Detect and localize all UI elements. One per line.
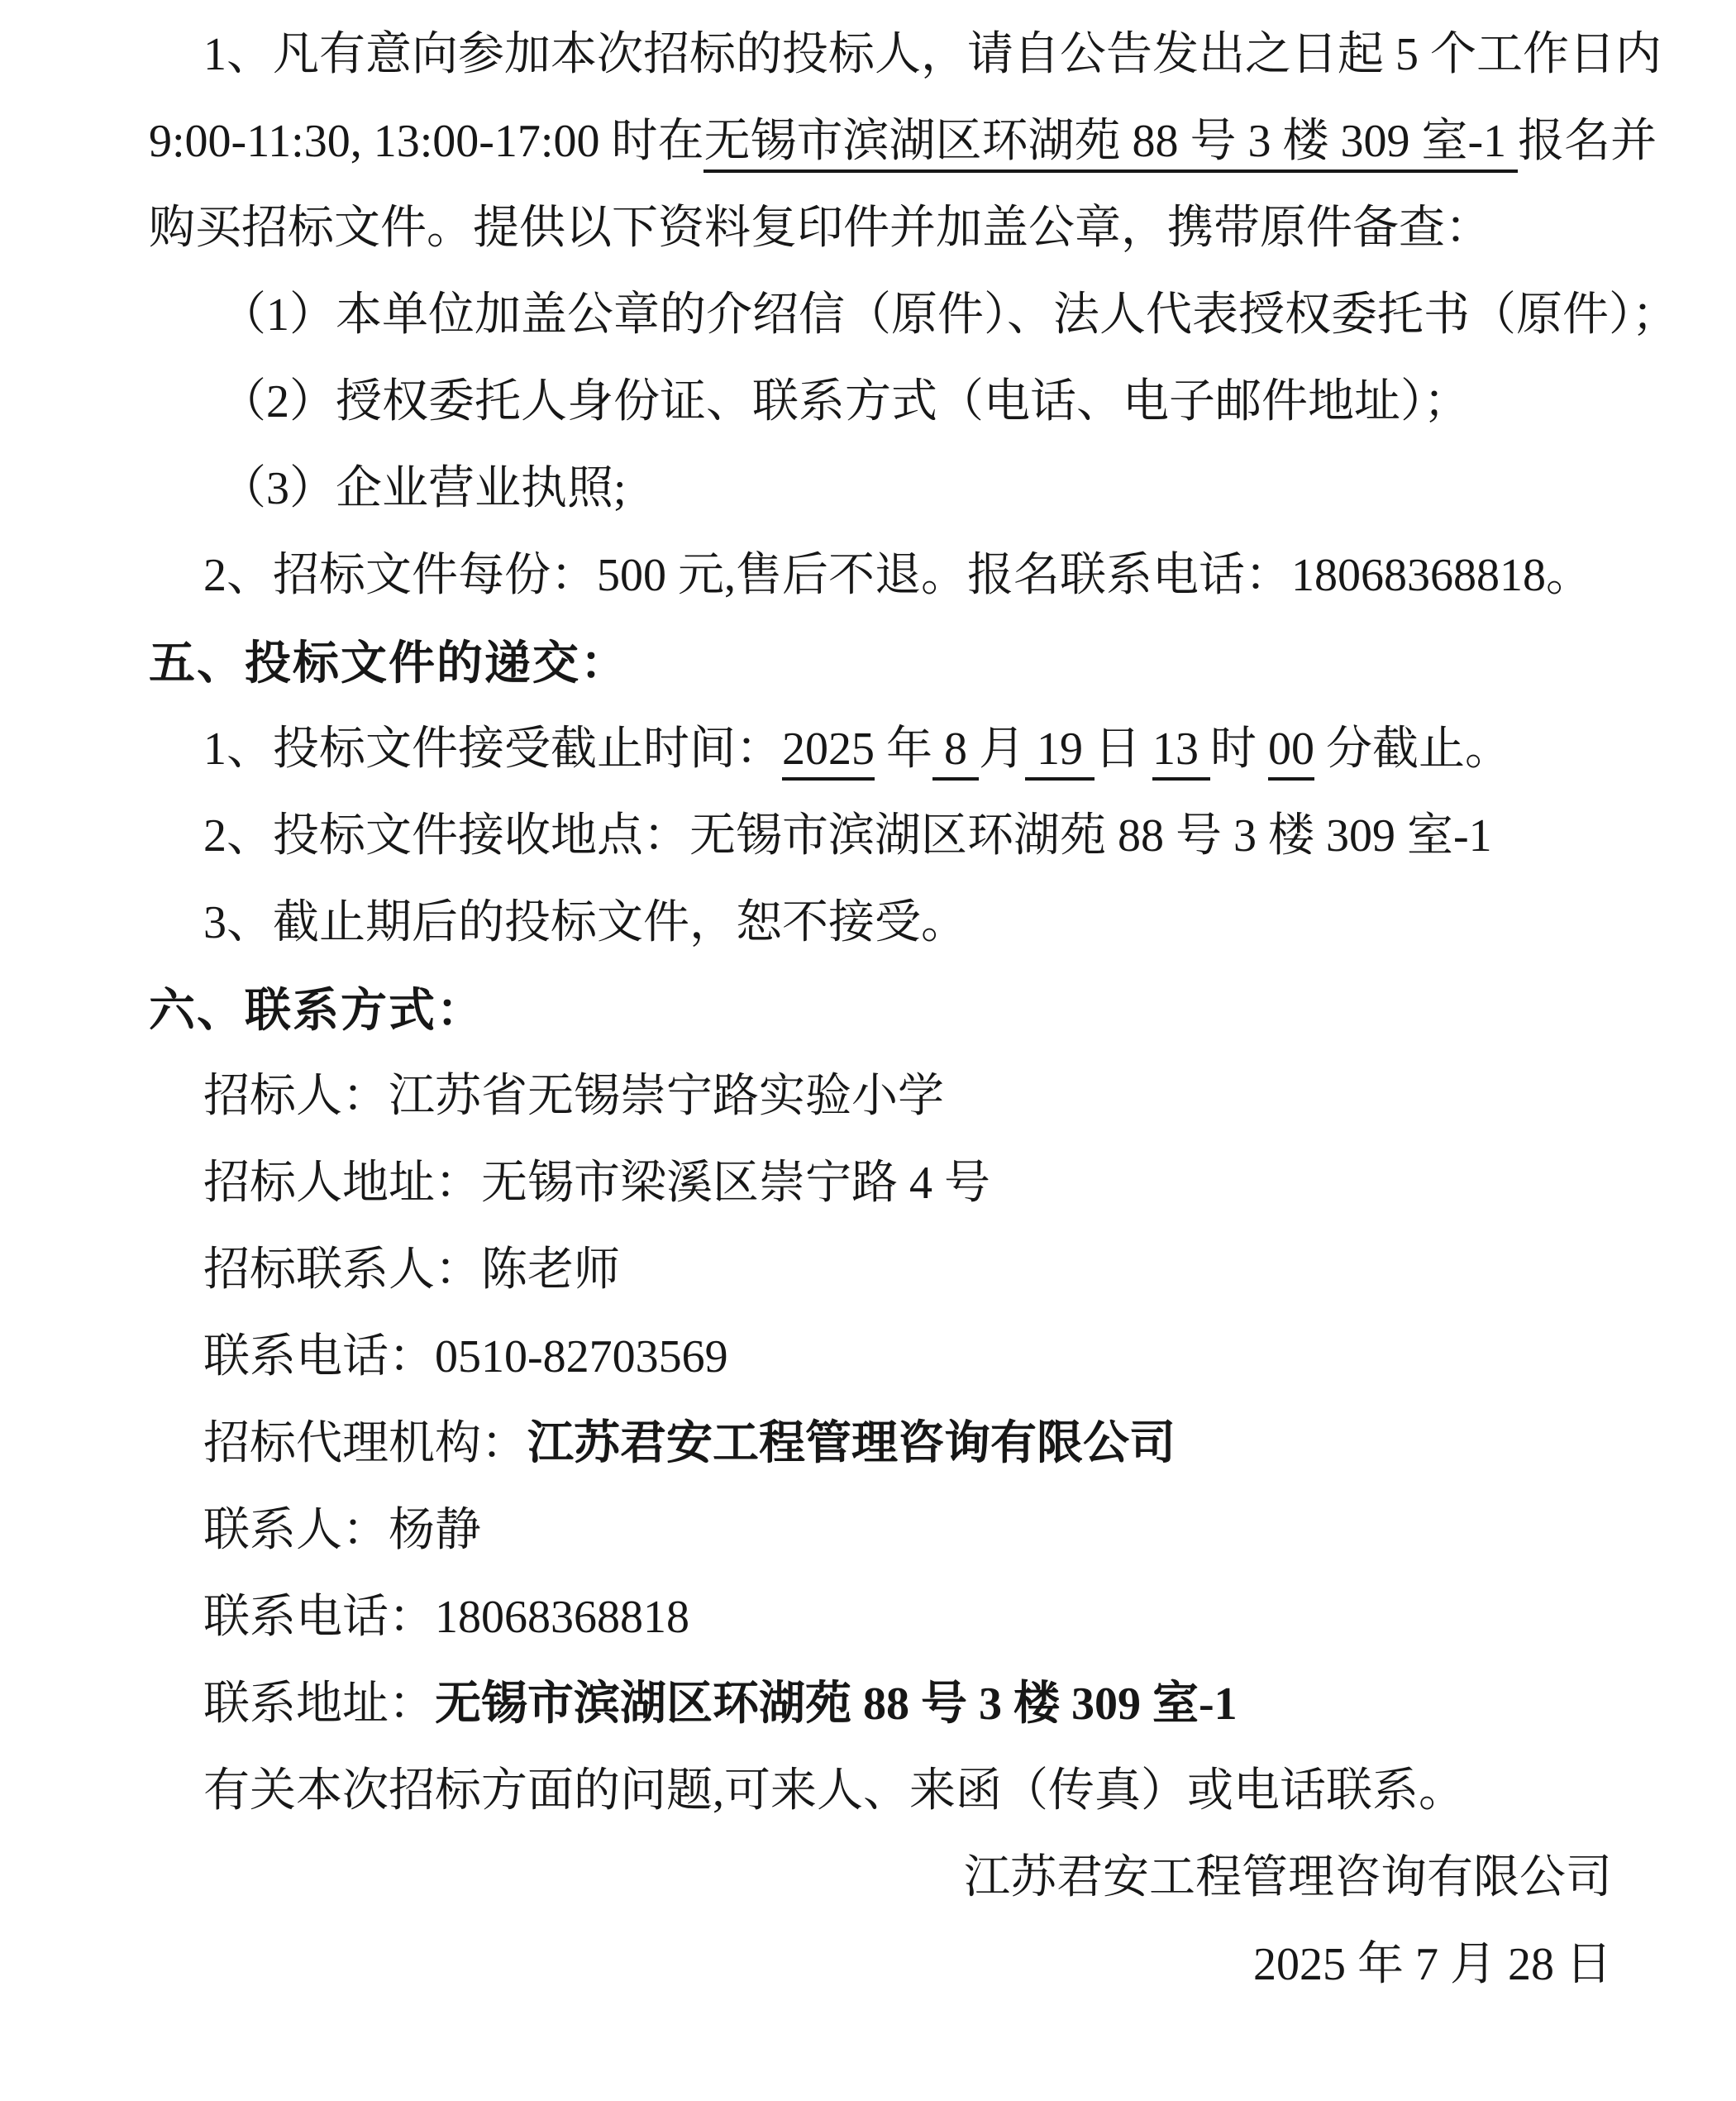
text-segment: 招标人地址：无锡市梁溪区崇宁路 4 号 [203,1158,990,1209]
text-segment: 月 [979,723,1025,775]
text-line: 招标联系人：陈老师 [149,1227,1612,1314]
text-line: 1、投标文件接受截止时间：2025 年 8 月 19 日 13 时 00 分截止… [149,706,1612,793]
text-line: 购买招标文件。提供以下资料复印件并加盖公章，携带原件备查： [149,185,1612,272]
text-segment: 2、招标文件每份：500 元,售后不退。报名联系电话：18068368818。 [203,550,1592,601]
underlined-text: 00 [1268,723,1314,781]
text-line: （3）企业营业执照; [149,446,1612,532]
underlined-text: 8 [932,723,979,781]
text-segment: 招标代理机构： [203,1418,527,1469]
text-segment: 江苏君安工程管理咨询有限公司 [964,1852,1612,1903]
underlined-text: 19 [1025,723,1095,781]
text-line: 有关本次招标方面的问题,可来人、来函（传真）或电话联系。 [149,1748,1612,1835]
text-segment: 1、投标文件接受截止时间： [203,723,782,775]
text-line: （2）授权委托人身份证、联系方式（电话、电子邮件地址）； [149,359,1612,446]
text-segment: 9:00-11:30, 13:00-17:00 时在 [149,116,703,167]
text-segment: 时 [1210,723,1268,775]
text-segment: 报名并 [1518,116,1657,167]
text-segment: 有关本次招标方面的问题,可来人、来函（传真）或电话联系。 [203,1765,1465,1817]
text-segment: 招标联系人：陈老师 [203,1244,620,1296]
text-segment: 分截止。 [1314,723,1511,775]
text-segment: 联系电话：0510-82703569 [203,1331,728,1382]
text-line: 1、凡有意向参加本次招标的投标人，请自公告发出之日起 5 个工作日内 [149,12,1612,98]
text-segment: 2025 年 7 月 28 日 [1253,1939,1612,1990]
underlined-text: 无锡市滨湖区环湖苑 88 号 3 楼 309 室-1 [703,116,1518,173]
underlined-text: 2025 [782,723,875,781]
text-segment: 3、截止期后的投标文件，恕不接受。 [203,897,967,948]
text-line: 2、招标文件每份：500 元,售后不退。报名联系电话：18068368818。 [149,532,1612,619]
text-segment: （3）企业营业执照; [220,463,627,514]
text-line: 2、投标文件接收地点：无锡市滨湖区环湖苑 88 号 3 楼 309 室-1 [149,793,1612,880]
text-line: 联系地址：无锡市滨湖区环湖苑 88 号 3 楼 309 室-1 [149,1661,1612,1748]
text-segment: 招标人：江苏省无锡崇宁路实验小学 [203,1071,944,1122]
text-segment: 年 [875,723,932,775]
text-line: 招标代理机构：江苏君安工程管理咨询有限公司 [149,1401,1612,1487]
text-segment: 日 [1095,723,1152,775]
document-body: 1、凡有意向参加本次招标的投标人，请自公告发出之日起 5 个工作日内9:00-1… [0,0,1736,2008]
text-line: 江苏君安工程管理咨询有限公司 [149,1835,1612,1922]
section-heading: 六、联系方式： [149,967,1612,1053]
text-segment: 联系人：杨静 [203,1505,481,1556]
section-heading: 五、投标文件的递交： [149,619,1612,706]
text-segment: 2、投标文件接收地点：无锡市滨湖区环湖苑 88 号 3 楼 309 室-1 [203,810,1492,862]
text-segment: （2）授权委托人身份证、联系方式（电话、电子邮件地址）； [220,376,1470,427]
text-line: 3、截止期后的投标文件，恕不接受。 [149,880,1612,967]
text-line: 招标人地址：无锡市梁溪区崇宁路 4 号 [149,1140,1612,1227]
text-segment: 无锡市滨湖区环湖苑 88 号 3 楼 309 室-1 [435,1678,1238,1730]
text-segment: 1、凡有意向参加本次招标的投标人，请自公告发出之日起 5 个工作日内 [203,29,1662,80]
text-segment: 五、投标文件的递交： [149,637,628,689]
text-segment: 联系电话：18068368818 [203,1592,689,1643]
text-line: 招标人：江苏省无锡崇宁路实验小学 [149,1053,1612,1140]
text-line: 9:00-11:30, 13:00-17:00 时在无锡市滨湖区环湖苑 88 号… [149,98,1612,185]
text-segment: 联系地址： [203,1678,435,1730]
document-page: { "page": { "background_color": "#ffffff… [0,0,1736,2101]
text-segment: 购买招标文件。提供以下资料复印件并加盖公章，携带原件备查： [149,203,1491,254]
text-segment: 江苏君安工程管理咨询有限公司 [527,1418,1176,1469]
text-segment: 六、联系方式： [149,984,484,1036]
text-segment: （1）本单位加盖公章的介绍信（原件）、法人代表授权委托书（原件）； [220,289,1678,341]
text-line: 联系电话：0510-82703569 [149,1314,1612,1401]
text-line: 联系电话：18068368818 [149,1574,1612,1661]
text-line: 2025 年 7 月 28 日 [149,1922,1612,2008]
text-line: 联系人：杨静 [149,1487,1612,1574]
underlined-text: 13 [1152,723,1210,781]
text-line: （1）本单位加盖公章的介绍信（原件）、法人代表授权委托书（原件）； [149,272,1612,359]
